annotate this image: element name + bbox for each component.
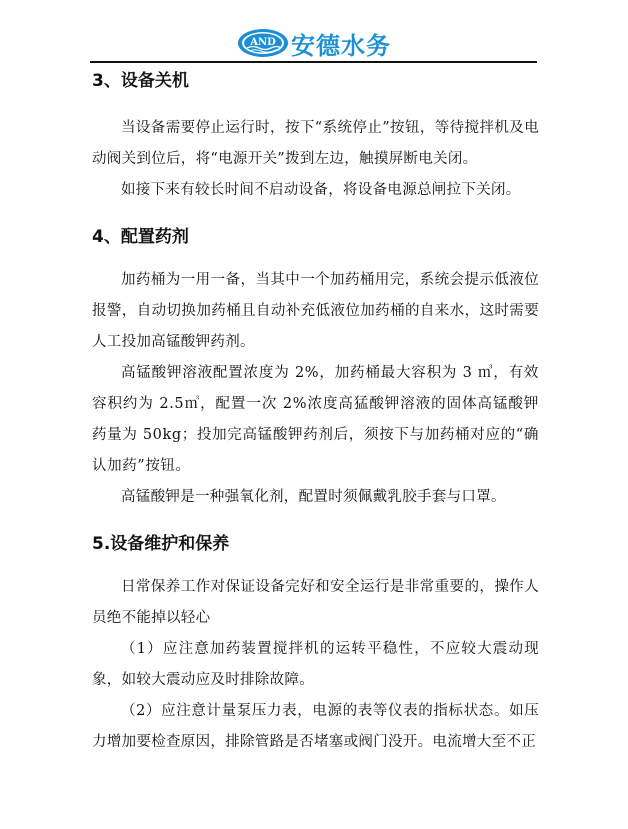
document-body: 3、设备关机 当设备需要停止运行时，按下“系统停止”按钮，等待搅拌机及电动阀关到… xyxy=(92,70,539,758)
paragraph: 加药桶为一用一备，当其中一个加药桶用完，系统会提示低液位报警，自动切换加药桶且自… xyxy=(92,265,539,358)
section-heading: 5.设备维护和保养 xyxy=(92,533,539,555)
section-shutdown: 3、设备关机 当设备需要停止运行时，按下“系统停止”按钮，等待搅拌机及电动阀关到… xyxy=(92,70,539,206)
paragraph: 当设备需要停止运行时，按下“系统停止”按钮，等待搅拌机及电动阀关到位后，将“电源… xyxy=(92,113,539,175)
paragraph: 如接下来有较长时间不启动设备，将设备电源总闸拉下关闭。 xyxy=(92,175,539,206)
section-chemical-prep: 4、配置药剂 加药桶为一用一备，当其中一个加药桶用完，系统会提示低液位报警，自动… xyxy=(92,226,539,513)
paragraph: 高锰酸钾是一种强氧化剂，配置时须佩戴乳胶手套与口罩。 xyxy=(92,482,539,513)
logo-text: 安德水务 xyxy=(291,26,391,61)
company-logo: AND 安德水务 xyxy=(237,26,391,61)
svg-text:AND: AND xyxy=(249,37,276,48)
logo-badge-icon: AND xyxy=(237,28,289,58)
paragraph: 高锰酸钾溶液配置浓度为 2%，加药桶最大容积为 3 ㎥，有效容积约为 2.5㎥，… xyxy=(92,358,539,482)
header-divider xyxy=(90,61,537,63)
page-header: AND 安德水务 xyxy=(0,26,628,60)
section-heading: 4、配置药剂 xyxy=(92,226,539,248)
section-maintenance: 5.设备维护和保养 日常保养工作对保证设备完好和安全运行是非常重要的，操作人员绝… xyxy=(92,533,539,758)
section-heading: 3、设备关机 xyxy=(92,70,539,92)
paragraph: （1）应注意加药装置搅拌机的运转平稳性，不应较大震动现象，如较大震动应及时排除故… xyxy=(92,634,539,696)
paragraph: （2）应注意计量泵压力表，电源的表等仪表的指标状态。如压力增加要检查原因，排除管… xyxy=(92,696,539,758)
paragraph: 日常保养工作对保证设备完好和安全运行是非常重要的，操作人员绝不能掉以轻心 xyxy=(92,572,539,634)
